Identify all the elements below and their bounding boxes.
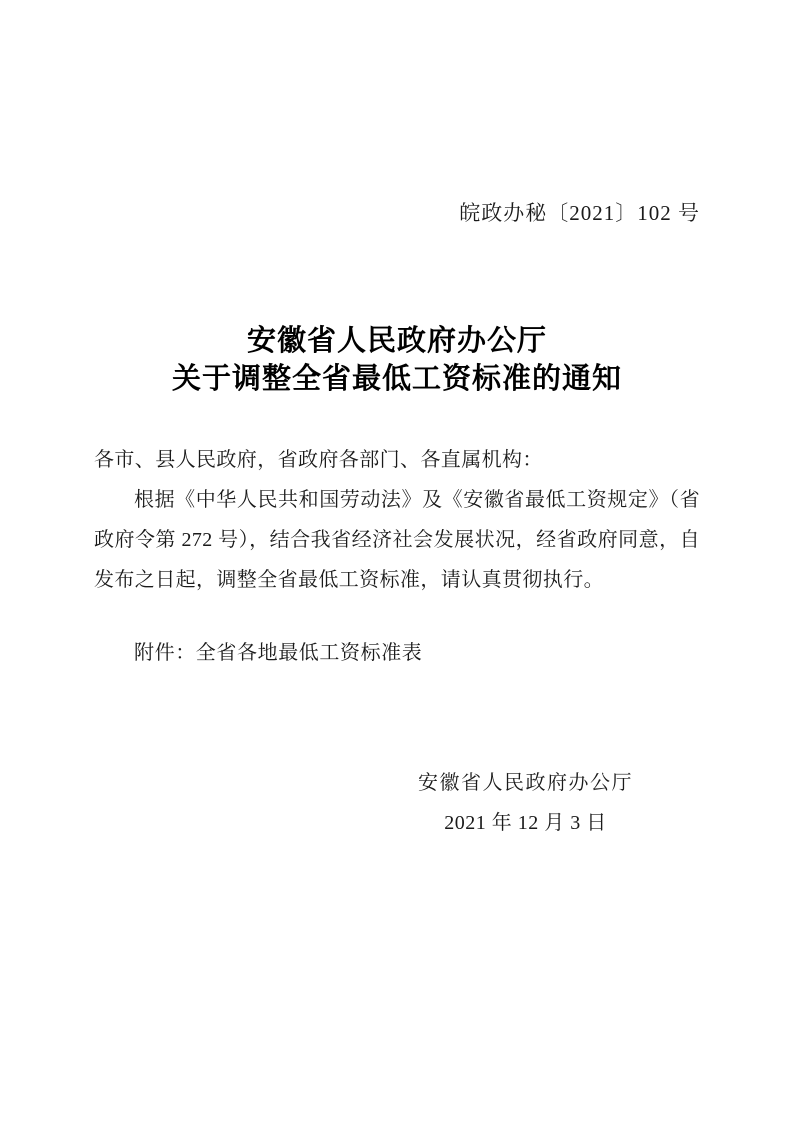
document-body: 各市、县人民政府，省政府各部门、各直属机构： 根据《中华人民共和国劳动法》及《安…: [94, 440, 700, 600]
document-title-line-1: 安徽省人民政府办公厅: [94, 322, 700, 360]
document-title: 安徽省人民政府办公厅 关于调整全省最低工资标准的通知: [94, 322, 700, 398]
document-content: 皖政办秘〔2021〕102 号 安徽省人民政府办公厅 关于调整全省最低工资标准的…: [0, 198, 794, 843]
document-title-line-2: 关于调整全省最低工资标准的通知: [94, 360, 700, 398]
document-page: 皖政办秘〔2021〕102 号 安徽省人民政府办公厅 关于调整全省最低工资标准的…: [0, 0, 794, 1122]
document-number: 皖政办秘〔2021〕102 号: [94, 198, 700, 228]
body-paragraph: 根据《中华人民共和国劳动法》及《安徽省最低工资规定》（省政府令第 272 号），…: [94, 480, 700, 600]
attachment-note: 附件：全省各地最低工资标准表: [94, 633, 700, 673]
signature-block: 安徽省人民政府办公厅 2021 年 12 月 3 日: [418, 763, 633, 843]
signature-issuer: 安徽省人民政府办公厅: [418, 763, 633, 803]
salutation-line: 各市、县人民政府，省政府各部门、各直属机构：: [94, 440, 700, 480]
signature-date: 2021 年 12 月 3 日: [418, 803, 633, 843]
